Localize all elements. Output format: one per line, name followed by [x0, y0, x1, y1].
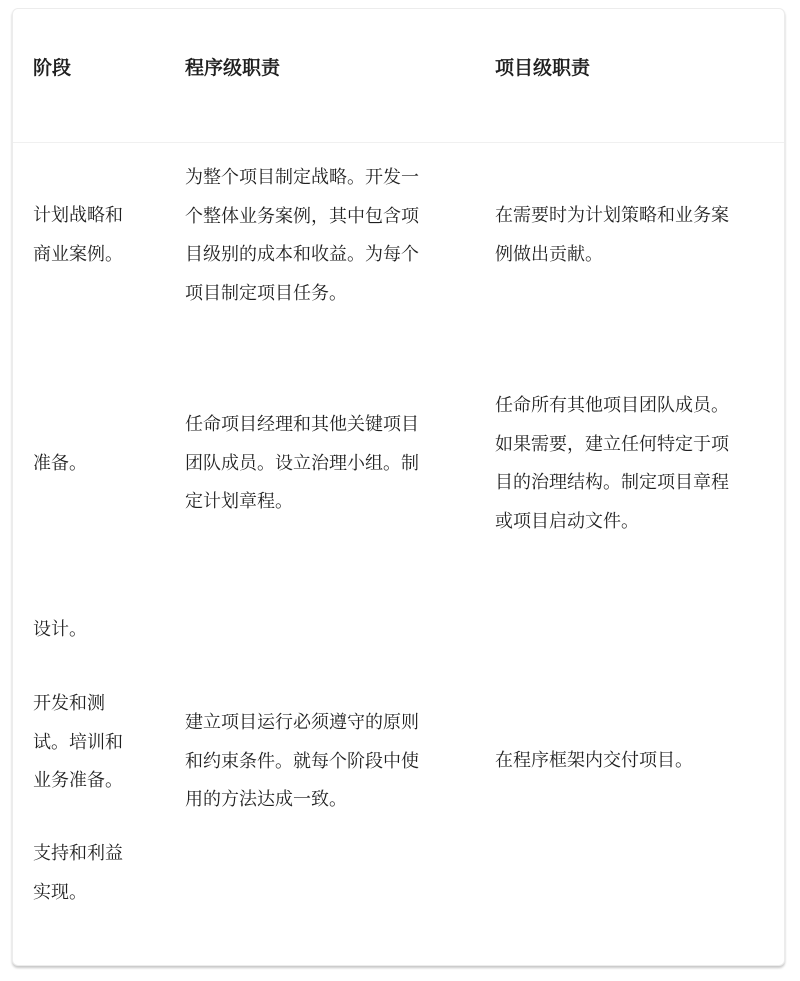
table-header: 阶段 程序级职责 项目级职责: [13, 9, 784, 143]
row-1-program: 为整个项目制定战略。开发一 个整体业务案例，其中包含项 目级别的成本和收益。为每…: [185, 159, 460, 313]
row-4-program: 建立项目运行必须遵守的原则 和约束条件。就每个阶段中使 用的方法达成一致。: [185, 704, 460, 820]
row-2-program: 任命项目经理和其他关键项目 团队成员。设立治理小组。制 定计划章程。: [185, 406, 460, 522]
row-4-stage: 开发和测 试。培训和 业务准备。: [33, 685, 153, 801]
responsibilities-table: 阶段 程序级职责 项目级职责 计划战略和 商业案例。 为整个项目制定战略。开发一…: [12, 8, 785, 966]
row-5-stage: 支持和利益 实现。: [33, 835, 153, 912]
header-program-responsibility: 程序级职责: [185, 55, 460, 81]
row-3-stage: 设计。: [33, 611, 153, 650]
header-project-responsibility: 项目级职责: [495, 55, 770, 81]
row-2-stage: 准备。: [33, 445, 153, 484]
header-stage: 阶段: [33, 55, 153, 81]
row-2-project: 任命所有其他项目团队成员。 如果需要，建立任何特定于项 目的治理结构。制定项目章…: [495, 387, 770, 541]
row-1-project: 在需要时为计划策略和业务案 例做出贡献。: [495, 197, 770, 274]
row-1-stage: 计划战略和 商业案例。: [33, 197, 153, 274]
row-4-project: 在程序框架内交付项目。: [495, 742, 770, 781]
